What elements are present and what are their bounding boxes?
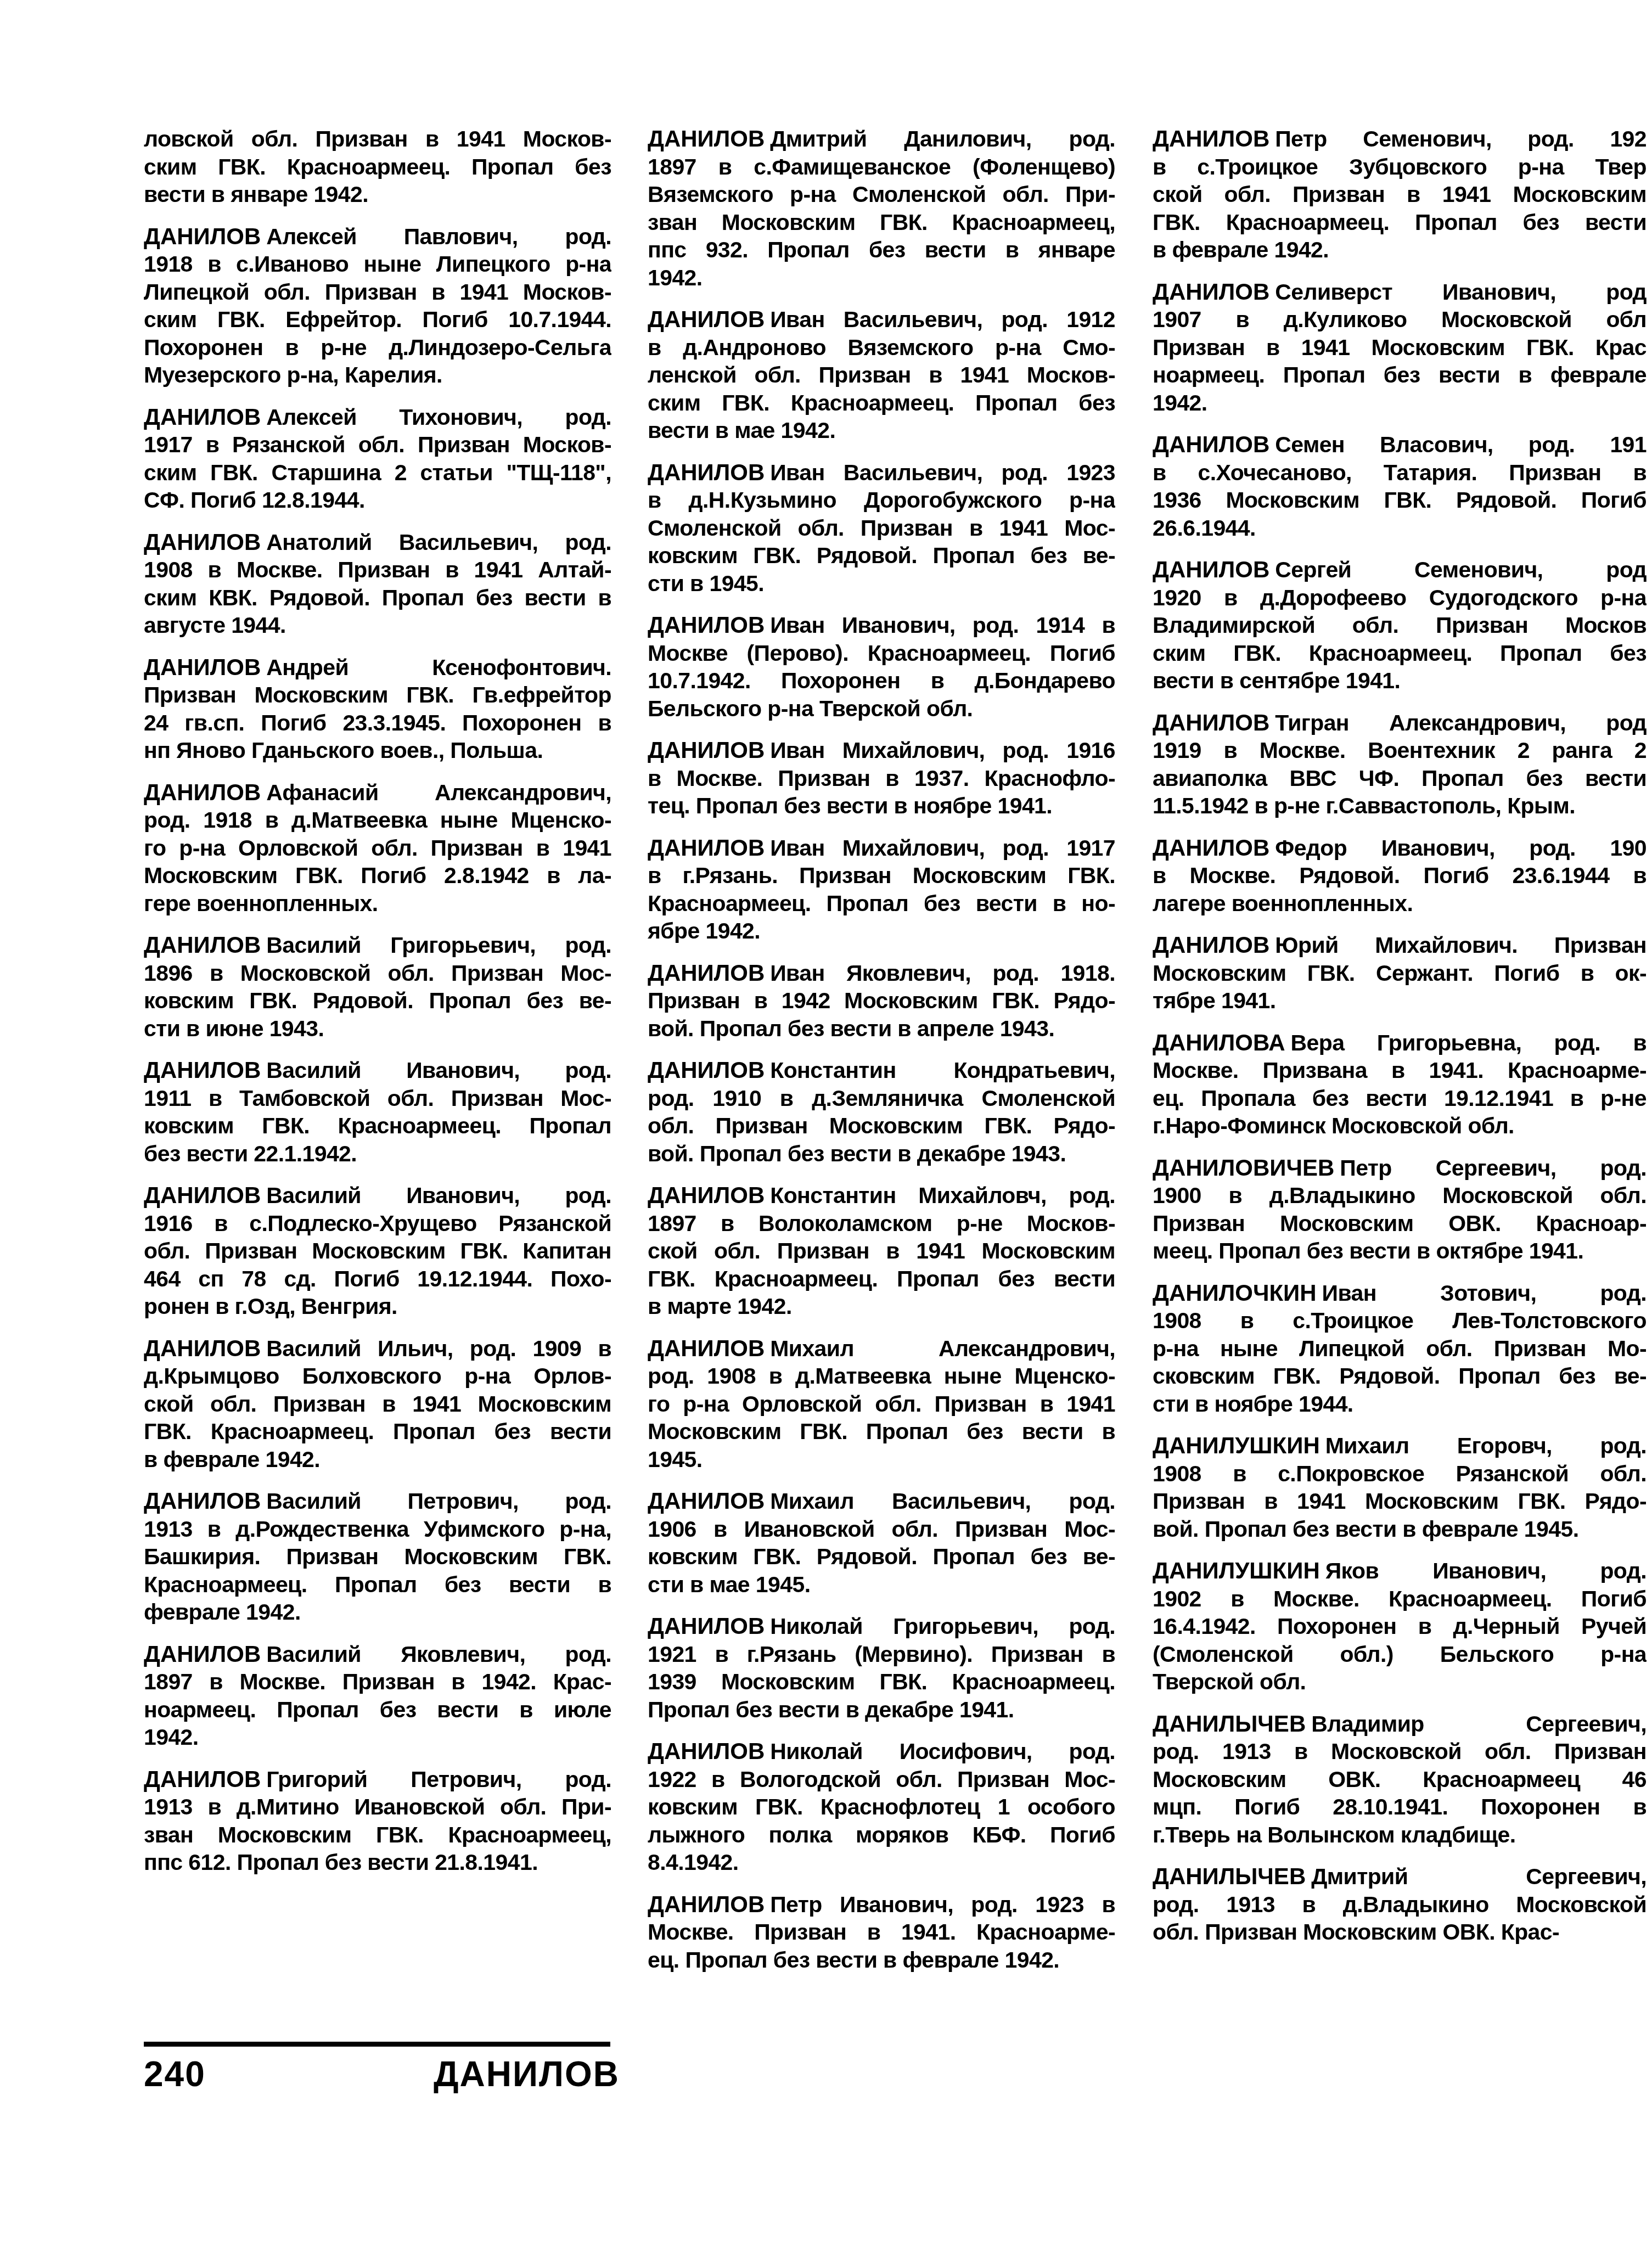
entry-text: вести в сентябре 1941. [1153, 668, 1400, 693]
entry-surname: ДАНИЛОВ [144, 1641, 261, 1667]
entry-line: ДАНИЛОВКонстантин Кондратьевич, [648, 1057, 1115, 1085]
entry-line: 1916 в с.Подлеско-Хрущево Рязанской [144, 1210, 611, 1238]
entry-line: мцп. Погиб 28.10.1941. Похоронен в [1153, 1793, 1647, 1821]
entry-text: Тигран Александрович, род [1275, 710, 1647, 735]
entry-text: Московским ГВК. Пропал без вести в [648, 1419, 1115, 1444]
entry-line: ковским ГВК. Рядовой. Пропал без ве- [648, 542, 1115, 570]
entry-line: ябре 1942. [648, 917, 1115, 945]
entry-line: в Москве. Призван в 1937. Краснофло- [648, 765, 1115, 793]
entry-line: ДАНИЛОВМихаил Васильевич, род. [648, 1487, 1115, 1515]
entry-line: 26.6.1944. [1153, 514, 1647, 542]
entry-text: 1900 в д.Владыкино Московской обл. [1153, 1183, 1647, 1208]
entry-text: 1920 в д.Дорофеево Судогодского р-на [1153, 585, 1647, 610]
entry-surname: ДАНИЛОВ [1153, 932, 1269, 958]
entry-text: Семен Власович, род. 191 [1275, 432, 1647, 457]
entry-text: Московским ОВК. Красноармеец 46 [1153, 1767, 1647, 1792]
entry-line: ДАНИЛОВЮрий Михайлович. Призван [1153, 931, 1647, 959]
entry-text: ским КВК. Рядовой. Пропал без вести в [144, 585, 611, 610]
entry-surname: ДАНИЛОВ [648, 1335, 765, 1361]
entry-text: Константин Кондратьевич, [770, 1058, 1115, 1083]
register-entry: ДАНИЛОВАнатолий Васильевич, род.1908 в М… [144, 529, 611, 639]
entry-text: 1919 в Москве. Воентехник 2 ранга 2 [1153, 738, 1647, 763]
entry-line: Призван Московским ОВК. Красноар- [1153, 1210, 1647, 1238]
entry-line: го р-на Орловской обл. Призван в 1941 [144, 834, 611, 862]
entry-text: 26.6.1944. [1153, 515, 1256, 541]
entry-line: ским ГВК. Красноармеец. Пропал без [648, 389, 1115, 417]
entry-line: ской обл. Призван в 1941 Московским [648, 1237, 1115, 1265]
entry-line: ковским ГВК. Красноармеец. Пропал [144, 1112, 611, 1140]
entry-line: ДАНИЛОВИван Яковлевич, род. 1918. [648, 959, 1115, 987]
entry-text: Иван Яковлевич, род. 1918. [770, 960, 1115, 986]
entry-text: д.Крымцово Болховского р-на Орлов- [144, 1363, 611, 1389]
entry-text: ппс 612. Пропал без вести 21.8.1941. [144, 1850, 538, 1875]
entry-text: ронен в г.Озд, Венгрия. [144, 1294, 397, 1319]
register-entry: ДАНИЛОВИван Михайлович, род. 1917в г.Ряз… [648, 834, 1115, 945]
entry-surname: ДАНИЛОВИЧЕВ [1153, 1155, 1334, 1181]
entry-line: 1920 в д.Дорофеево Судогодского р-на [1153, 584, 1647, 612]
entry-text: 1897 в Волоколамском р-не Москов- [648, 1211, 1115, 1236]
entry-text: 1908 в с.Покровское Рязанской обл. [1153, 1461, 1647, 1486]
entry-line: 10.7.1942. Похоронен в д.Бондарево [648, 667, 1115, 695]
register-entry: ДАНИЛОВВасилий Григорьевич, род.1896 в М… [144, 931, 611, 1042]
entry-text: ковским ГВК. Рядовой. Пропал без ве- [648, 543, 1115, 568]
register-entry: ДАНИЛОВВасилий Иванович, род.1911 в Тамб… [144, 1057, 611, 1167]
entry-text: Василий Иванович, род. [266, 1058, 611, 1083]
register-entry: ДАНИЛОВПетр Семенович, род. 192в с.Троиц… [1153, 125, 1647, 264]
entry-line: д.Крымцово Болховского р-на Орлов- [144, 1362, 611, 1390]
entry-text: Тверской обл. [1153, 1669, 1306, 1694]
entry-surname: ДАНИЛОВ [1153, 710, 1269, 735]
entry-line: вести в сентябре 1941. [1153, 667, 1647, 695]
entry-line: в феврале 1942. [144, 1446, 611, 1474]
entry-line: ДАНИЛОВСеливерст Иванович, род [1153, 278, 1647, 306]
entry-text: Владимирской обл. Призван Москов [1153, 613, 1647, 638]
entry-surname: ДАНИЛОВ [648, 1891, 765, 1917]
entry-line: ДАНИЛЫЧЕВВладимир Сергеевич, [1153, 1710, 1647, 1738]
entry-text: СФ. Погиб 12.8.1944. [144, 487, 365, 513]
entry-surname: ДАНИЛОВ [648, 1488, 765, 1514]
entry-text: авиаполка ВВС ЧФ. Пропал без вести [1153, 766, 1647, 791]
register-entry: ДАНИЛОВВасилий Ильич, род. 1909 вд.Крымц… [144, 1335, 611, 1474]
entry-text: 1913 в д.Митино Ивановской обл. При- [144, 1794, 611, 1819]
register-entry: ДАНИЛОВНиколай Григорьевич, род.1921 в г… [648, 1613, 1115, 1723]
entry-line: в Москве. Рядовой. Погиб 23.6.1944 в [1153, 862, 1647, 890]
entry-line: ДАНИЛОВДмитрий Данилович, род. [648, 125, 1115, 153]
entry-line: ДАНИЛОВВасилий Иванович, род. [144, 1057, 611, 1085]
entry-line: г.Тверь на Волынском кладбище. [1153, 1821, 1647, 1849]
entry-line: тябре 1941. [1153, 987, 1647, 1015]
entry-text: Похоронен в р-не д.Линдозеро-Сельга [144, 335, 611, 360]
entry-text: 1913 в д.Рождественка Уфимского р-на, [144, 1516, 611, 1542]
entry-line: 11.5.1942 в р-не г.Саввастополь, Крым. [1153, 792, 1647, 820]
entry-line: 1917 в Рязанской обл. Призван Москов- [144, 431, 611, 459]
entry-text: ленской обл. Призван в 1941 Москов- [648, 362, 1115, 387]
entry-line: ДАНИЛОВГригорий Петрович, род. [144, 1766, 611, 1794]
entry-surname: ДАНИЛЫЧЕВ [1153, 1711, 1306, 1737]
entry-line: Красноармеец. Пропал без вести в но- [648, 890, 1115, 918]
entry-line: 16.4.1942. Похоронен в д.Черный Ручей [1153, 1613, 1647, 1640]
entry-text: ноармеец. Пропал без вести в июле [144, 1697, 611, 1722]
entry-line: ДАНИЛОВАлексей Павлович, род. [144, 223, 611, 251]
entry-line: ским ГВК. Красноармеец. Пропал без [1153, 639, 1647, 667]
register-entry: ДАНИЛОВАлексей Павлович, род.1918 в с.Ив… [144, 223, 611, 389]
entry-line: Пропал без вести в декабре 1941. [648, 1696, 1115, 1724]
entry-text: в Москве. Призван в 1937. Краснофло- [648, 766, 1115, 791]
entry-line: сти в 1945. [648, 570, 1115, 598]
entry-text: Василий Григорьевич, род. [266, 932, 611, 958]
entry-line: Муезерского р-на, Карелия. [144, 361, 611, 389]
entry-text: ловской обл. Призван в 1941 Москов- [144, 126, 611, 151]
entry-text: Пропал без вести в декабре 1941. [648, 1697, 1014, 1722]
entry-text: 1908 в Москве. Призван в 1941 Алтай- [144, 557, 611, 582]
entry-line: ковским ГВК. Рядовой. Пропал без ве- [648, 1543, 1115, 1571]
text-column-2: ДАНИЛОВДмитрий Данилович, род.1897 в с.Ф… [648, 125, 1115, 1988]
entry-line: род. 1910 в д.Земляничка Смоленской [648, 1085, 1115, 1113]
entry-line: 1908 в с.Троицкое Лев-Толстовского [1153, 1307, 1647, 1335]
entry-text: Москве. Призвана в 1941. Красноарме- [1153, 1058, 1647, 1083]
entry-text: Григорий Петрович, род. [266, 1767, 611, 1792]
entry-text: 1917 в Рязанской обл. Призван Москов- [144, 432, 611, 457]
entry-text: 1936 Московским ГВК. Рядовой. Погиб [1153, 487, 1647, 513]
entry-line: лыжного полка моряков КБФ. Погиб [648, 1821, 1115, 1849]
entry-line: ДАНИЛОВВасилий Ильич, род. 1909 в [144, 1335, 611, 1363]
register-entry: ДАНИЛОВИван Михайлович, род. 1916в Москв… [648, 737, 1115, 820]
entry-line: Призван в 1941 Московским ГВК. Крас [1153, 334, 1647, 362]
entry-line: ДАНИЛОВИван Михайлович, род. 1917 [648, 834, 1115, 862]
entry-surname: ДАНИЛУШКИН [1153, 1558, 1320, 1583]
entry-surname: ДАНИЛОВ [648, 1613, 765, 1639]
entry-text: 464 сп 78 сд. Погиб 19.12.1944. Похо- [144, 1266, 611, 1291]
entry-line: ковским ГВК. Рядовой. Пропал без ве- [144, 987, 611, 1015]
entry-text: ским ГВК. Ефрейтор. Погиб 10.7.1944. [144, 307, 611, 332]
entry-text: в д.Н.Кузьмино Дорогобужского р-на [648, 487, 1115, 513]
entry-line: ской обл. Призван в 1941 Московским [144, 1390, 611, 1418]
entry-line: ДАНИЛОВИван Михайлович, род. 1916 [648, 737, 1115, 765]
entry-text: Михаил Александрович, [770, 1336, 1115, 1361]
register-entry: ДАНИЛОВАфанасий Александрович,род. 1918 … [144, 779, 611, 918]
entry-text: Красноармеец. Пропал без вести в [144, 1572, 611, 1597]
entry-text: Петр Семенович, род. 192 [1275, 126, 1647, 151]
entry-text: 1942. [144, 1724, 199, 1750]
register-entry: ДАНИЛОВИван Васильевич, род. 1912в д.Анд… [648, 306, 1115, 445]
entry-text: Иван Михайлович, род. 1917 [770, 835, 1115, 861]
entry-line: ДАНИЛОВВасилий Яковлевич, род. [144, 1640, 611, 1668]
register-entry: ДАНИЛОВВасилий Яковлевич, род.1897 в Мос… [144, 1640, 611, 1751]
entry-line: ДАНИЛОВАфанасий Александрович, [144, 779, 611, 807]
entry-line: Вяземского р-на Смоленской обл. При- [648, 181, 1115, 209]
entry-text: Сергей Семенович, род [1275, 557, 1647, 582]
entry-line: ДАНИЛУШКИНЯков Иванович, род. [1153, 1557, 1647, 1585]
entry-line: ГВК. Красноармеец. Пропал без вести [1153, 209, 1647, 237]
entry-line: 1902 в Москве. Красноармеец. Погиб [1153, 1585, 1647, 1613]
entry-text: ским ГВК. Старшина 2 статьи "ТЩ-118", [144, 460, 611, 485]
entry-line: в д.Н.Кузьмино Дорогобужского р-на [648, 486, 1115, 514]
entry-text: 10.7.1942. Похоронен в д.Бондарево [648, 668, 1115, 693]
entry-line: зван Московским ГВК. Красноармеец, [648, 209, 1115, 237]
entry-line: СФ. Погиб 12.8.1944. [144, 486, 611, 514]
entry-text: в г.Рязань. Призван Московским ГВК. [648, 863, 1115, 888]
entry-text: ноармеец. Пропал без вести в феврале [1153, 362, 1647, 387]
entry-text: Муезерского р-на, Карелия. [144, 362, 442, 387]
entry-line: (Смоленской обл.) Бельского р-на [1153, 1640, 1647, 1668]
entry-line: 1906 в Ивановской обл. Призван Мос- [648, 1515, 1115, 1543]
entry-line: вести в январе 1942. [144, 181, 611, 209]
entry-line: 1908 в с.Покровское Рязанской обл. [1153, 1460, 1647, 1488]
register-entry: ДАНИЛЫЧЕВДмитрий Сергеевич,род. 1913 в д… [1153, 1863, 1647, 1946]
entry-text: 1921 в г.Рязань (Мервино). Призван в [648, 1642, 1115, 1667]
entry-text: Москве. Призван в 1941. Красноарме- [648, 1919, 1115, 1945]
entry-text: ской обл. Призван в 1941 Московским [144, 1391, 611, 1417]
entry-text: в марте 1942. [648, 1294, 792, 1319]
entry-text: Призван в 1941 Московским ГВК. Крас [1153, 335, 1647, 360]
entry-text: Дмитрий Сергеевич, [1311, 1864, 1647, 1889]
register-entry: ДАНИЛОВЮрий Михайлович. ПризванМосковски… [1153, 931, 1647, 1015]
entry-text: Петр Сергеевич, род. [1340, 1155, 1647, 1181]
entry-text: Смоленской обл. Призван в 1941 Мос- [648, 515, 1115, 541]
entry-surname: ДАНИЛОВ [1153, 126, 1269, 151]
register-entry: ДАНИЛУШКИНЯков Иванович, род.1902 в Моск… [1153, 1557, 1647, 1696]
entry-text: Дмитрий Данилович, род. [770, 126, 1115, 151]
entry-surname: ДАНИЛОВ [648, 960, 765, 986]
entry-text: 1918 в с.Иваново ныне Липецкого р-на [144, 251, 611, 277]
entry-text: Анатолий Васильевич, род. [266, 530, 611, 555]
entry-line: ской обл. Призван в 1941 Московским [1153, 181, 1647, 209]
entry-line: Московским ГВК. Сержант. Погиб в ок- [1153, 959, 1647, 987]
entry-line: ДАНИЛОВАлексей Тихонович, род. [144, 403, 611, 431]
entry-surname: ДАНИЛОВ [1153, 835, 1269, 861]
entry-text: сти в июне 1943. [144, 1016, 324, 1041]
entry-line: 1896 в Московской обл. Призван Мос- [144, 959, 611, 987]
entry-text: в феврале 1942. [144, 1447, 320, 1472]
entry-text: Призван Московским ГВК. Гв.ефрейтор [144, 682, 611, 707]
entry-line: 464 сп 78 сд. Погиб 19.12.1944. Похо- [144, 1265, 611, 1293]
entry-surname: ДАНИЛУШКИН [1153, 1432, 1320, 1458]
entry-text: 1906 в Ивановской обл. Призван Мос- [648, 1516, 1115, 1542]
entry-text: род. 1913 в Московской обл. Призван [1153, 1739, 1647, 1764]
entry-text: вести в мае 1942. [648, 418, 835, 443]
entry-surname: ДАНИЛОВ [648, 459, 765, 485]
register-entry: ДАНИЛОВАВера Григорьевна, род. вМоскве. … [1153, 1029, 1647, 1140]
entry-line: ским ГВК. Старшина 2 статьи "ТЩ-118", [144, 459, 611, 487]
entry-line: 1907 в д.Куликово Московской обл [1153, 306, 1647, 334]
entry-line: Московским ГВК. Погиб 2.8.1942 в ла- [144, 862, 611, 890]
entry-text: Москве (Перово). Красноармеец. Погиб [648, 640, 1115, 666]
entry-line: ДАНИЛОВМихаил Александрович, [648, 1335, 1115, 1363]
entry-surname: ДАНИЛОВ [144, 223, 261, 249]
entry-text: (Смоленской обл.) Бельского р-на [1153, 1642, 1647, 1667]
entry-text: ковским ГВК. Рядовой. Пропал без ве- [648, 1544, 1115, 1569]
entry-text: вести в январе 1942. [144, 182, 368, 207]
entry-line: 1921 в г.Рязань (Мервино). Призван в [648, 1640, 1115, 1668]
entry-text: 1911 в Тамбовской обл. Призван Мос- [144, 1086, 611, 1111]
entry-line: ГВК. Красноармеец. Пропал без вести [648, 1265, 1115, 1293]
entry-line: Москве. Призван в 1941. Красноарме- [648, 1918, 1115, 1946]
entry-line: ДАНИЛОВАндрей Ксенофонтович. [144, 654, 611, 682]
entry-line: в марте 1942. [648, 1293, 1115, 1321]
register-entry: ДАНИЛОВМихаил Васильевич, род.1906 в Ива… [648, 1487, 1115, 1598]
entry-line: г.Наро-Фоминск Московской обл. [1153, 1112, 1647, 1140]
entry-surname: ДАНИЛОЧКИН [1153, 1280, 1317, 1306]
register-entry: ДАНИЛОВПетр Иванович, род. 1923 вМоскве.… [648, 1891, 1115, 1974]
entry-text: Красноармеец. Пропал без вести в но- [648, 891, 1115, 916]
entry-line: ДАНИЛОЧКИНИван Зотович, род. [1153, 1279, 1647, 1307]
entry-text: ец. Пропал без вести в феврале 1942. [648, 1947, 1059, 1973]
entry-line: ДАНИЛОВФедор Иванович, род. 190 [1153, 834, 1647, 862]
entry-text: ппс 932. Пропал без вести в январе [648, 237, 1115, 262]
entry-line: Призван в 1942 Московским ГВК. Рядо- [648, 987, 1115, 1015]
register-entry: ДАНИЛОВИЧЕВПетр Сергеевич, род.1900 в д.… [1153, 1154, 1647, 1265]
entry-text: сти в 1945. [648, 571, 764, 596]
entry-text: Юрий Михайлович. Призван [1275, 932, 1647, 958]
entry-line: ковским ГВК. Краснофлотец 1 особого [648, 1793, 1115, 1821]
entry-text: Василий Петрович, род. [266, 1488, 611, 1514]
entry-surname: ДАНИЛОВ [144, 654, 261, 680]
entry-line: сти в мае 1945. [648, 1571, 1115, 1599]
entry-text: августе 1944. [144, 613, 286, 638]
entry-line: меец. Пропал без вести в октябре 1941. [1153, 1237, 1647, 1265]
entry-text: Яков Иванович, род. [1325, 1558, 1647, 1583]
entry-line: 1918 в с.Иваново ныне Липецкого р-на [144, 250, 611, 278]
register-entry: ДАНИЛОВГригорий Петрович, род.1913 в д.М… [144, 1766, 611, 1876]
text-column-1: ловской обл. Призван в 1941 Москов-ским … [144, 125, 611, 1891]
entry-text: ским ГВК. Красноармеец. Пропал без [144, 154, 611, 179]
entry-line: Тверской обл. [1153, 1668, 1647, 1696]
entry-line: обл. Призван Московским ОВК. Крас- [1153, 1918, 1647, 1946]
register-entry: ДАНИЛОВАлексей Тихонович, род.1917 в Ряз… [144, 403, 611, 514]
entry-text: Московским ГВК. Сержант. Погиб в ок- [1153, 960, 1647, 986]
entry-surname: ДАНИЛОВ [144, 1488, 261, 1514]
entry-text: Владимир Сергеевич, [1311, 1711, 1647, 1737]
entry-line: ГВК. Красноармеец. Пропал без вести [144, 1418, 611, 1446]
register-entry: ДАНИЛОВКонстантин Кондратьевич,род. 1910… [648, 1057, 1115, 1167]
entry-line: ДАНИЛОВИван Васильевич, род. 1923 [648, 459, 1115, 487]
register-entry: ДАНИЛОВФедор Иванович, род. 190в Москве.… [1153, 834, 1647, 918]
register-entry: ловской обл. Призван в 1941 Москов-ским … [144, 125, 611, 209]
entry-line: 1919 в Москве. Воентехник 2 ранга 2 [1153, 737, 1647, 765]
entry-line: 1942. [1153, 389, 1647, 417]
register-entry: ДАНИЛОВВасилий Петрович, род.1913 в д.Ро… [144, 1487, 611, 1626]
entry-line: ДАНИЛЫЧЕВДмитрий Сергеевич, [1153, 1863, 1647, 1891]
entry-surname: ДАНИЛОВ [144, 779, 261, 805]
footer-rule [144, 2042, 610, 2047]
entry-line: ДАНИЛОВИЧЕВПетр Сергеевич, род. [1153, 1154, 1647, 1182]
entry-line: лагере военнопленных. [1153, 890, 1647, 918]
entry-line: августе 1944. [144, 611, 611, 639]
entry-text: Алексей Павлович, род. [266, 224, 611, 249]
entry-surname: ДАНИЛОВ [648, 1182, 765, 1208]
entry-text: Афанасий Александрович, [266, 780, 611, 805]
entry-text: вой. Пропал без вести в декабре 1943. [648, 1141, 1066, 1166]
register-entry: ДАНИЛОВСергей Семенович, род1920 в д.Дор… [1153, 556, 1647, 695]
entry-line: Москве. Призвана в 1941. Красноарме- [1153, 1057, 1647, 1085]
entry-surname: ДАНИЛОВ [648, 306, 765, 332]
entry-text: Вера Григорьевна, род. в [1290, 1030, 1647, 1055]
entry-line: 1913 в д.Митино Ивановской обл. При- [144, 1793, 611, 1821]
entry-line: ДАНИЛОВКонстантин Михайловч, род. [648, 1182, 1115, 1210]
entry-line: 1942. [144, 1723, 611, 1751]
entry-text: Иван Васильевич, род. 1923 [770, 460, 1115, 485]
entry-text: мцп. Погиб 28.10.1941. Похоронен в [1153, 1794, 1647, 1819]
entry-text: ябре 1942. [648, 918, 760, 943]
entry-text: ским ГВК. Красноармеец. Пропал без [1153, 640, 1647, 666]
entry-text: 8.4.1942. [648, 1850, 739, 1875]
entry-text: Призван в 1941 Московским ГВК. Рядо- [1153, 1488, 1647, 1514]
entry-surname: ДАНИЛОВ [144, 1335, 261, 1361]
entry-line: ДАНИЛОВИван Васильевич, род. 1912 [648, 306, 1115, 334]
register-entry: ДАНИЛЫЧЕВВладимир Сергеевич,род. 1913 в … [1153, 1710, 1647, 1849]
entry-line: 1908 в Москве. Призван в 1941 Алтай- [144, 556, 611, 584]
entry-text: ковским ГВК. Рядовой. Пропал без ве- [144, 988, 611, 1013]
entry-text: без вести 22.1.1942. [144, 1141, 357, 1166]
entry-line: 1897 в с.Фамищеванское (Фоленщево) [648, 153, 1115, 181]
entry-line: ДАНИЛОВВасилий Григорьевич, род. [144, 931, 611, 959]
entry-surname: ДАНИЛОВ [144, 1057, 261, 1083]
register-entry: ДАНИЛОВИван Васильевич, род. 1923в д.Н.К… [648, 459, 1115, 598]
entry-text: Василий Ильич, род. 1909 в [266, 1336, 611, 1361]
entry-line: Башкирия. Призван Московским ГВК. [144, 1543, 611, 1571]
entry-text: род. 1913 в д.Владыкино Московской [1153, 1892, 1647, 1917]
entry-surname: ДАНИЛОВА [1153, 1030, 1285, 1055]
register-entry: ДАНИЛОВДмитрий Данилович, род.1897 в с.Ф… [648, 125, 1115, 291]
entry-text: Василий Яковлевич, род. [266, 1642, 611, 1667]
entry-line: в д.Андроново Вяземского р-на Смо- [648, 334, 1115, 362]
entry-line: в г.Рязань. Призван Московским ГВК. [648, 862, 1115, 890]
entry-line: ДАНИЛОВПетр Иванович, род. 1923 в [648, 1891, 1115, 1919]
register-entry: ДАНИЛОВКонстантин Михайловч, род.1897 в … [648, 1182, 1115, 1321]
entry-line: ДАНИЛОВНиколай Иосифович, род. [648, 1738, 1115, 1766]
entry-text: Константин Михайловч, род. [770, 1183, 1115, 1208]
entry-text: 1942. [648, 265, 703, 290]
entry-line: ппс 932. Пропал без вести в январе [648, 236, 1115, 264]
entry-line: нп Яново Гданьского воев., Польша. [144, 737, 611, 765]
entry-text: ГВК. Красноармеец. Пропал без вести [144, 1419, 611, 1444]
entry-text: обл. Призван Московским ОВК. Крас- [1153, 1919, 1559, 1945]
entry-line: сти в ноябре 1944. [1153, 1390, 1647, 1418]
text-column-3: ДАНИЛОВПетр Семенович, род. 192в с.Троиц… [1153, 125, 1647, 1960]
entry-line: 1913 в д.Рождественка Уфимского р-на, [144, 1515, 611, 1543]
entry-line: ДАНИЛОВВасилий Иванович, род. [144, 1182, 611, 1210]
entry-line: Смоленской обл. Призван в 1941 Мос- [648, 514, 1115, 542]
entry-text: нп Яново Гданьского воев., Польша. [144, 738, 543, 763]
entry-text: гере военнопленных. [144, 891, 378, 916]
entry-line: без вести 22.1.1942. [144, 1140, 611, 1168]
entry-text: ской обл. Призван в 1941 Московским [1153, 182, 1647, 207]
entry-line: ец. Пропала без вести 19.12.1941 в р-не [1153, 1085, 1647, 1113]
entry-line: 1897 в Москве. Призван в 1942. Крас- [144, 1668, 611, 1696]
entry-surname: ДАНИЛОВ [648, 126, 765, 151]
running-head: ДАНИЛОВ [434, 2054, 610, 2094]
entry-text: Михаил Васильевич, род. [770, 1488, 1115, 1514]
entry-surname: ДАНИЛОВ [1153, 279, 1269, 305]
register-entry: ДАНИЛОВТигран Александрович, род1919 в М… [1153, 709, 1647, 820]
entry-surname: ДАНИЛОВ [144, 1766, 261, 1792]
entry-text: лыжного полка моряков КБФ. Погиб [648, 1822, 1115, 1847]
register-entry: ДАНИЛОЧКИНИван Зотович, род.1908 в с.Тро… [1153, 1279, 1647, 1418]
entry-text: ским ГВК. Красноармеец. Пропал без [648, 390, 1115, 415]
entry-line: феврале 1942. [144, 1598, 611, 1626]
entry-text: г.Тверь на Волынском кладбище. [1153, 1822, 1516, 1847]
entry-line: в с.Троицкое Зубцовского р-на Твер [1153, 153, 1647, 181]
entry-line: Призван Московским ГВК. Гв.ефрейтор [144, 681, 611, 709]
entry-text: го р-на Орловской обл. Призван в 1941 [144, 835, 611, 861]
entry-surname: ДАНИЛОВ [648, 835, 765, 861]
entry-text: Московским ГВК. Погиб 2.8.1942 в ла- [144, 863, 611, 888]
entry-line: Московским ОВК. Красноармеец 46 [1153, 1766, 1647, 1794]
entry-line: тец. Пропал без вести в ноябре 1941. [648, 792, 1115, 820]
entry-line: Бельского р-на Тверской обл. [648, 695, 1115, 723]
entry-line: 1897 в Волоколамском р-не Москов- [648, 1210, 1115, 1238]
entry-text: ковским ГВК. Красноармеец. Пропал [144, 1113, 611, 1138]
